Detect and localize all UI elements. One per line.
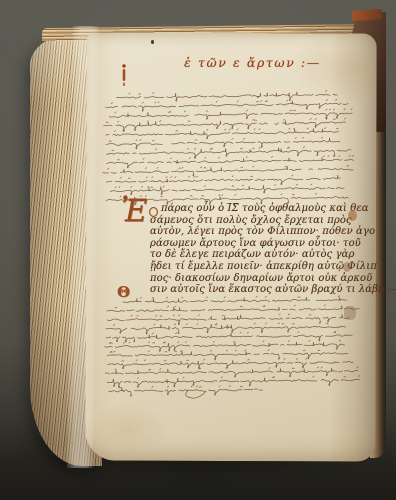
gospel-line: ράσωμεν ἄρτους ἵνα φάγωσιν οὗτοι· τοῦ <box>150 238 368 250</box>
upper-commentary-script <box>101 88 361 210</box>
rubric-heading: ἑ τῶν ε ἄρτων :— <box>150 55 355 70</box>
margin-cross-mark-icon <box>118 62 130 92</box>
margin-ink-blot <box>348 210 357 221</box>
gospel-line: το δὲ ἔλεγε πειράζων αὐτόν· αὐτὸς γὰρ <box>150 249 368 261</box>
gospel-line: πάρας οὖν ὁ Ι̅Σ̅ τοὺς ὀφθαλμοὺς καὶ θεα <box>150 203 368 215</box>
gospel-line: σιν αὐτοῖς ἵνα ἕκαστος αὐτῶν βραχύ τι λά… <box>150 284 368 296</box>
parchment-speck <box>151 40 154 44</box>
gospel-line: σάμενος ὅτι πολὺς ὄχλος ἔρχεται πρὸς <box>150 215 368 227</box>
manuscript-photo: ἑ τῶν ε ἄρτων :— Ἐ πάρας οὖν ὁ Ι̅Σ̅ τοὺς… <box>0 0 396 500</box>
parchment-speck <box>257 96 259 98</box>
gospel-initial-epsilon: Ἐ <box>121 196 147 226</box>
gospel-line: πος· διακοσίων δηναρίων ἄρτοι οὐκ ἀρκοῦ <box>150 273 368 285</box>
binding-corner-tip <box>352 9 383 21</box>
gospel-line: ᾔδει τί ἔμελλε ποιεῖν· ἀπεκρίθη αὐτῷ Φίλ… <box>150 261 368 273</box>
gospel-text-block: πάρας οὖν ὁ Ι̅Σ̅ τοὺς ὀφθαλμοὺς καὶ θεα … <box>150 203 368 296</box>
margin-ink-blot <box>344 306 356 320</box>
margin-ink-blot <box>343 262 351 272</box>
lower-commentary-script <box>104 295 367 403</box>
gospel-line: αὐτὸν, λέγει πρὸς τὸν Φίλιππον· πόθεν ἀγ… <box>150 226 368 238</box>
